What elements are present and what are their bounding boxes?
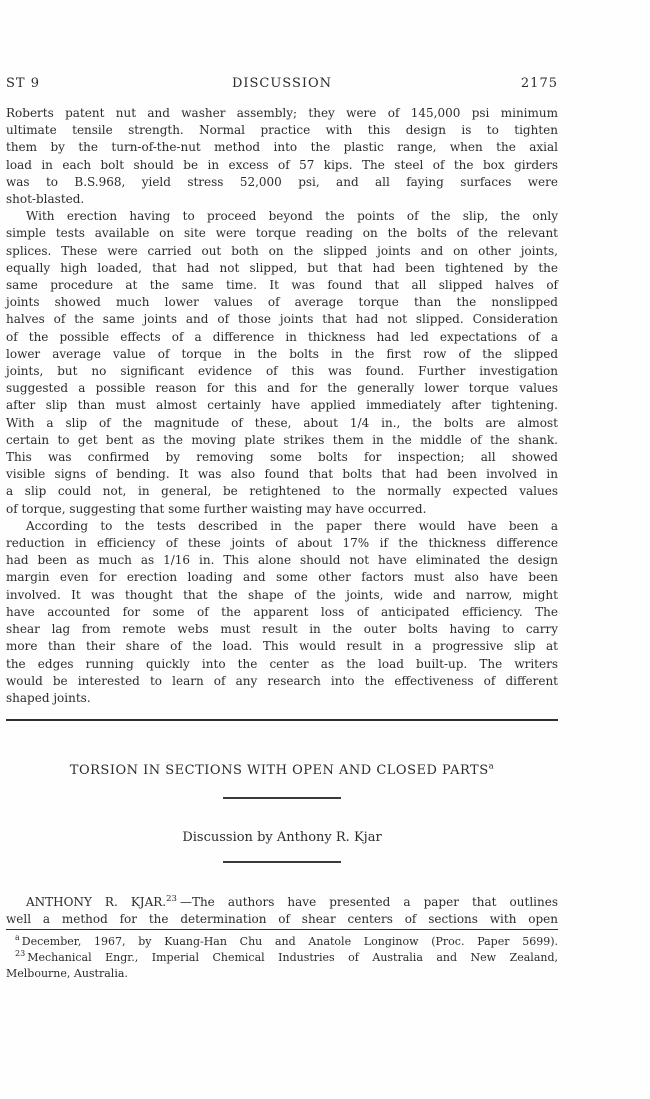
text-line: certain to get bent as the moving plate …: [6, 432, 558, 449]
paragraph: With erection having to proceed beyond t…: [6, 208, 558, 518]
footnote: 23Mechanical Engr., Imperial Chemical In…: [6, 950, 558, 982]
journal-page: ST 9 DISCUSSION 2175 Roberts patent nut …: [0, 0, 650, 1099]
text-line: reduction in efficiency of these joints …: [6, 535, 558, 552]
footnote-marker: a: [15, 933, 20, 942]
text-line: a slip could not, in general, be retight…: [6, 483, 558, 500]
text-line: ultimate tensile strength. Normal practi…: [6, 122, 558, 139]
discusser-paragraph: ANTHONY R. KJAR.23—The authors have pres…: [6, 894, 558, 928]
footnote-line: 23Mechanical Engr., Imperial Chemical In…: [6, 950, 558, 966]
text-line: more than their share of the load. This …: [6, 638, 558, 655]
footnote: aDecember, 1967, by Kuang-Han Chu and An…: [6, 934, 558, 950]
discusser-first-line: ANTHONY R. KJAR.23—The authors have pres…: [6, 894, 558, 911]
paragraph: Roberts patent nut and washer assembly; …: [6, 105, 558, 208]
discusser-first-line-text: —The authors have presented a paper that…: [180, 895, 558, 909]
paragraph: According to the tests described in the …: [6, 518, 558, 707]
text-line: This was confirmed by removing some bolt…: [6, 449, 558, 466]
footnotes: aDecember, 1967, by Kuang-Han Chu and An…: [6, 934, 558, 981]
text-line: shear lag from remote webs must result i…: [6, 621, 558, 638]
text-line: involved. It was thought that the shape …: [6, 587, 558, 604]
text-line: the edges running quickly into the cente…: [6, 656, 558, 673]
paper-title: TORSION IN SECTIONS WITH OPEN AND CLOSED…: [6, 763, 558, 778]
text-line: halves of the same joints and of those j…: [6, 311, 558, 328]
footnote-marker: 23: [15, 949, 25, 958]
text-line: With a slip of the magnitude of these, a…: [6, 415, 558, 432]
text-line: them by the turn-of-the-nut method into …: [6, 139, 558, 156]
text-line: of the possible effects of a difference …: [6, 329, 558, 346]
text-line: had been as much as 1/16 in. This alone …: [6, 552, 558, 569]
text-line: equally high loaded, that had not slippe…: [6, 260, 558, 277]
text-line: same procedure at the same time. It was …: [6, 277, 558, 294]
text-line: According to the tests described in the …: [6, 518, 558, 535]
text-line: joints showed much lower values of avera…: [6, 294, 558, 311]
text-line: lower average value of torque in the bol…: [6, 346, 558, 363]
text-line: suggested a possible reason for this and…: [6, 380, 558, 397]
discusser-name: ANTHONY R. KJAR.: [26, 895, 166, 909]
footnote-line: Melbourne, Australia.: [6, 966, 558, 982]
page-number: 2175: [521, 76, 558, 91]
text-line: joints, but no significant evidence of t…: [6, 363, 558, 380]
text-line: simple tests available on site were torq…: [6, 225, 558, 242]
text-line: after slip than must almost certainly ha…: [6, 397, 558, 414]
discussion-byline: Discussion by Anthony R. Kjar: [6, 830, 558, 845]
footnote-rule: [6, 929, 558, 931]
text-line: splices. These were carried out both on …: [6, 243, 558, 260]
byline-rule: [223, 861, 341, 863]
text-line: have accounted for some of the apparent …: [6, 604, 558, 621]
text-line: With erection having to proceed beyond t…: [6, 208, 558, 225]
discusser-footnote-marker: 23: [166, 894, 177, 904]
discusser-second-line: well a method for the determination of s…: [6, 911, 558, 928]
discussion-body-text: Roberts patent nut and washer assembly; …: [6, 105, 558, 707]
text-line: margin even for erection loading and som…: [6, 569, 558, 586]
title-rule: [223, 797, 341, 799]
text-column: ST 9 DISCUSSION 2175 Roberts patent nut …: [6, 0, 558, 981]
footnote-line: aDecember, 1967, by Kuang-Han Chu and An…: [6, 934, 558, 950]
running-header: ST 9 DISCUSSION 2175: [6, 76, 558, 92]
text-line: was to B.S.968, yield stress 52,000 psi,…: [6, 174, 558, 191]
text-line: Roberts patent nut and washer assembly; …: [6, 105, 558, 122]
text-line: of torque, suggesting that some further …: [6, 501, 558, 518]
title-footnote-marker: a: [489, 762, 495, 772]
text-line: load in each bolt should be in excess of…: [6, 157, 558, 174]
running-title: DISCUSSION: [232, 76, 332, 91]
text-line: shot-blasted.: [6, 191, 558, 208]
section-divider-rule: [6, 719, 558, 721]
text-line: would be interested to learn of any rese…: [6, 673, 558, 690]
section-number: ST 9: [6, 76, 40, 91]
text-line: visible signs of bending. It was also fo…: [6, 466, 558, 483]
text-line: shaped joints.: [6, 690, 558, 707]
paper-title-text: TORSION IN SECTIONS WITH OPEN AND CLOSED…: [70, 763, 489, 778]
